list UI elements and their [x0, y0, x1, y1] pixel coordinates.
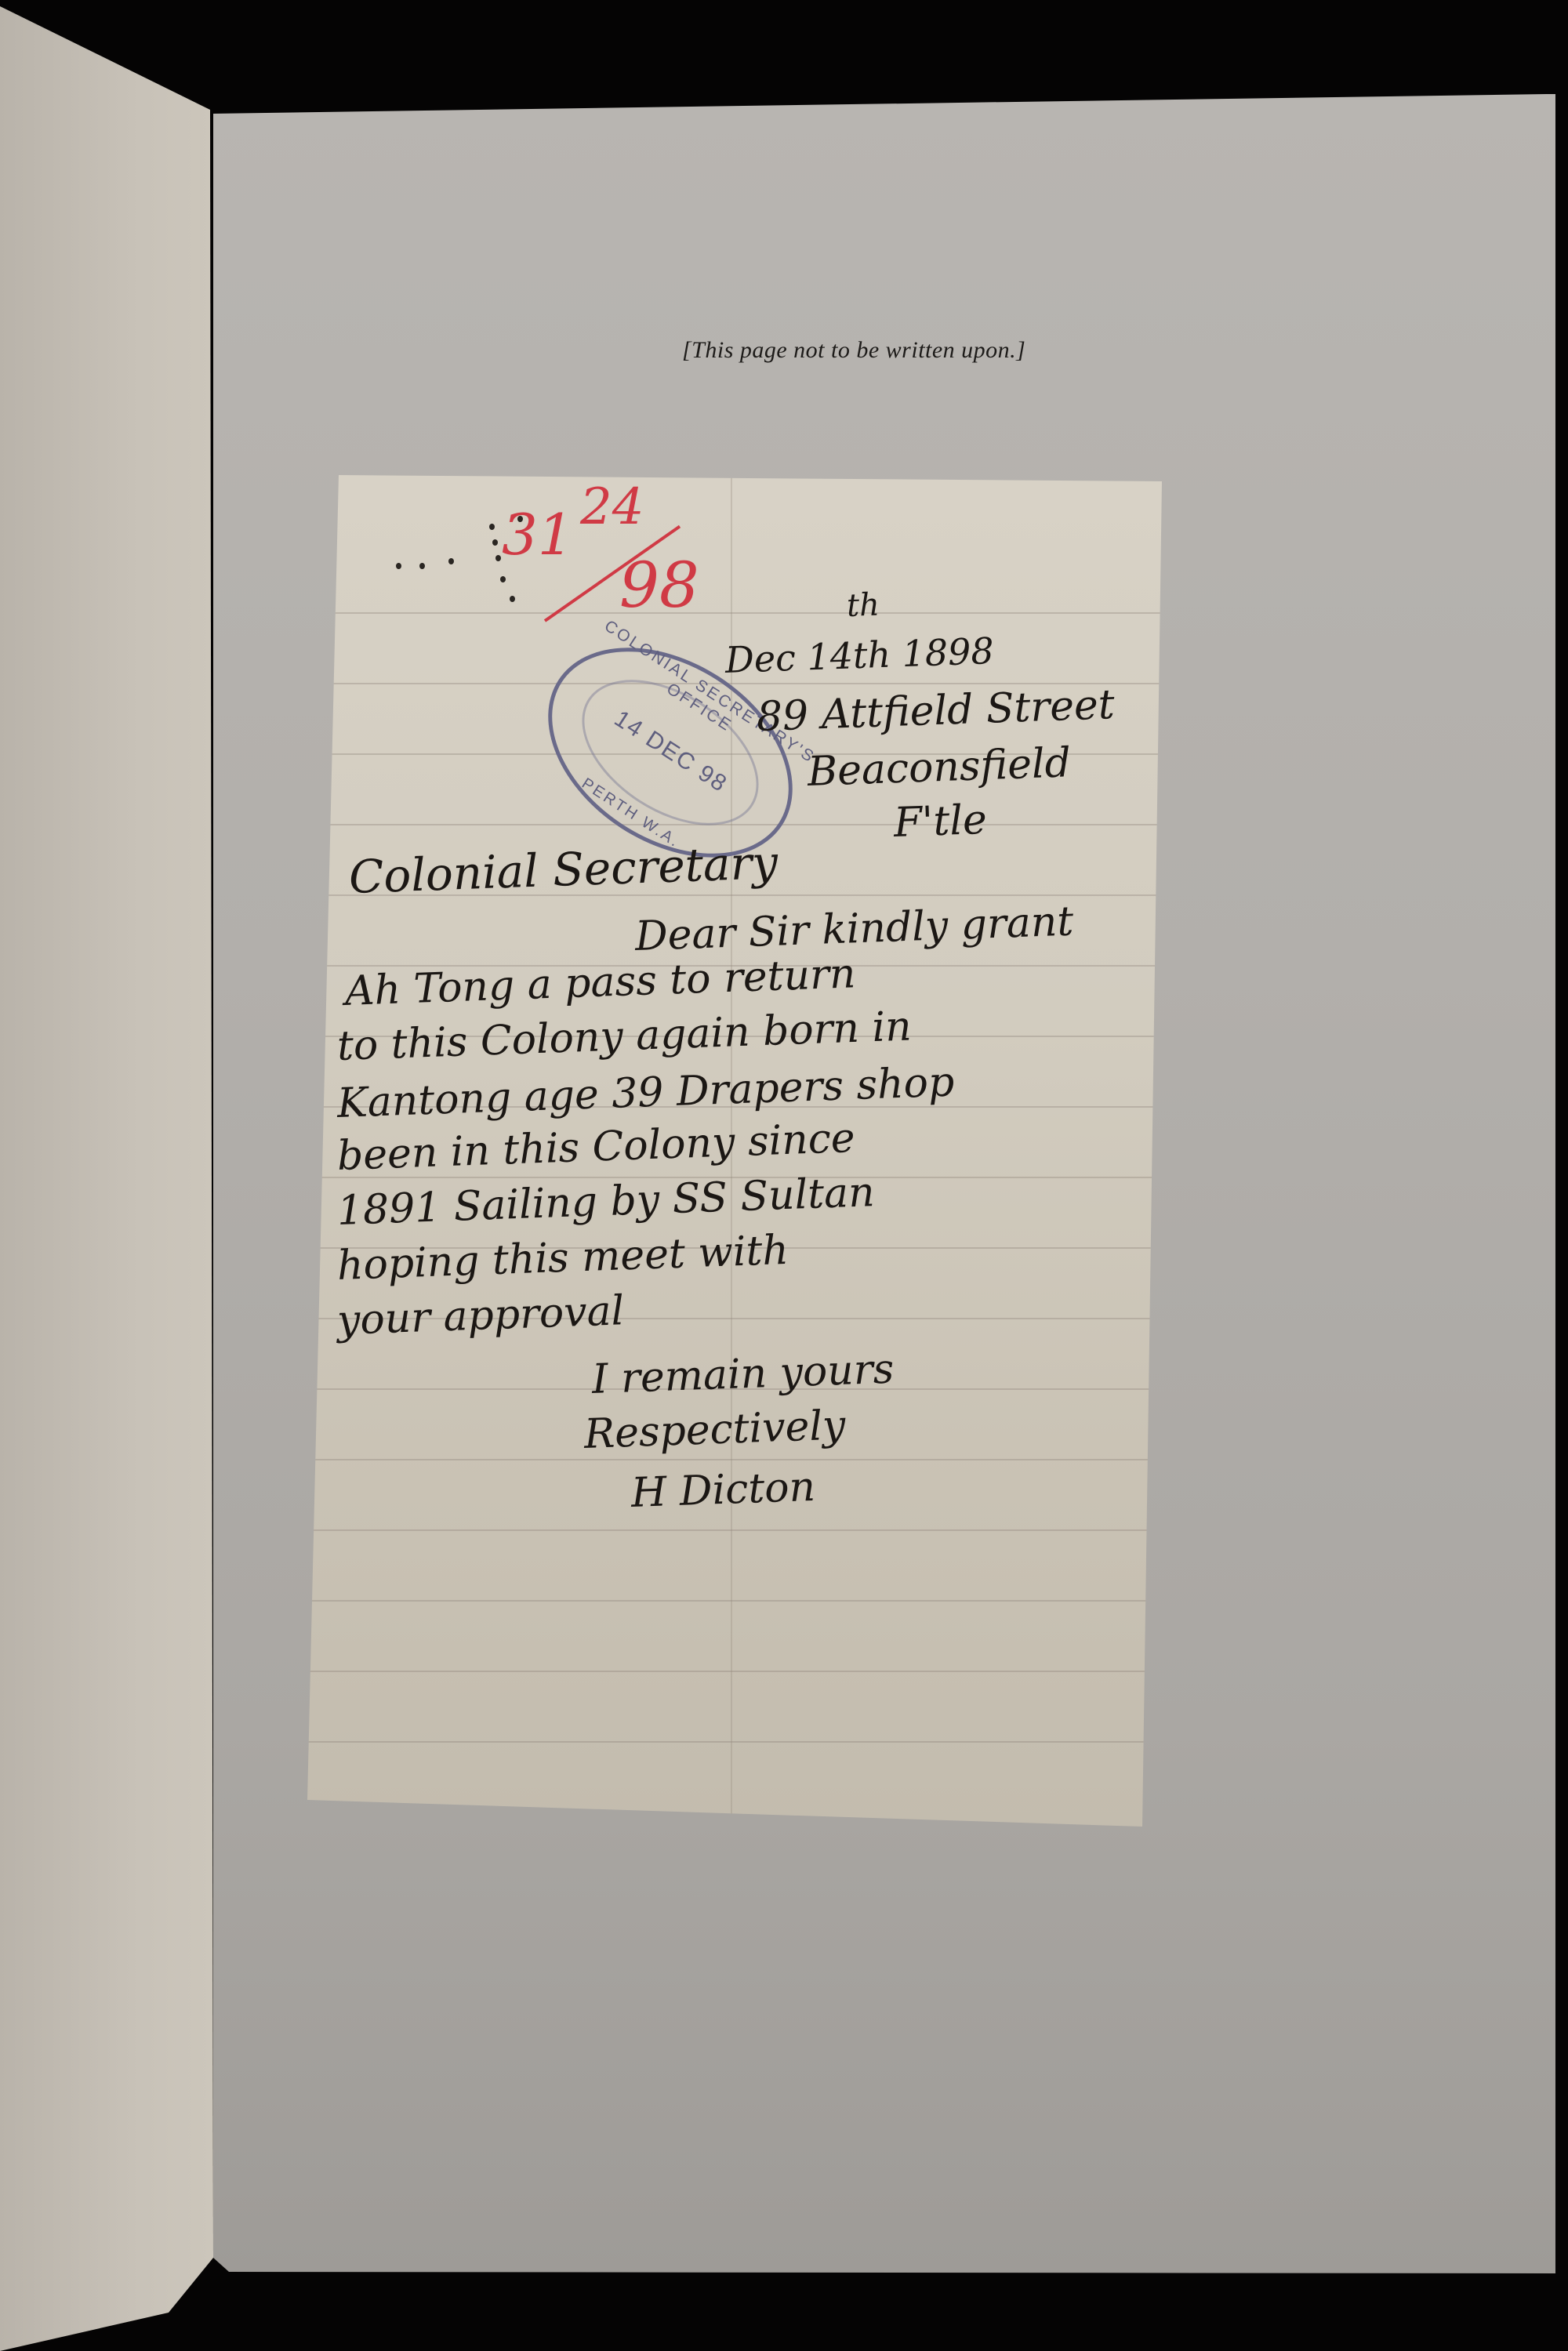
folio-number-top: 24 [580, 478, 644, 536]
header-mark: th [846, 587, 880, 624]
left-facing-page [0, 0, 235, 2351]
signature: H Dicton [630, 1464, 816, 1517]
folio-year: 98 [619, 549, 699, 622]
folio-number: 31 [502, 502, 574, 568]
closing-line-2: Respectively [583, 1402, 846, 1458]
address-line-3: F'tle [893, 796, 988, 847]
address-line-2: Beaconsfield [807, 739, 1072, 796]
printed-notice: [This page not to be written upon.] [682, 337, 1025, 364]
body-line-8: your approval [336, 1287, 625, 1344]
